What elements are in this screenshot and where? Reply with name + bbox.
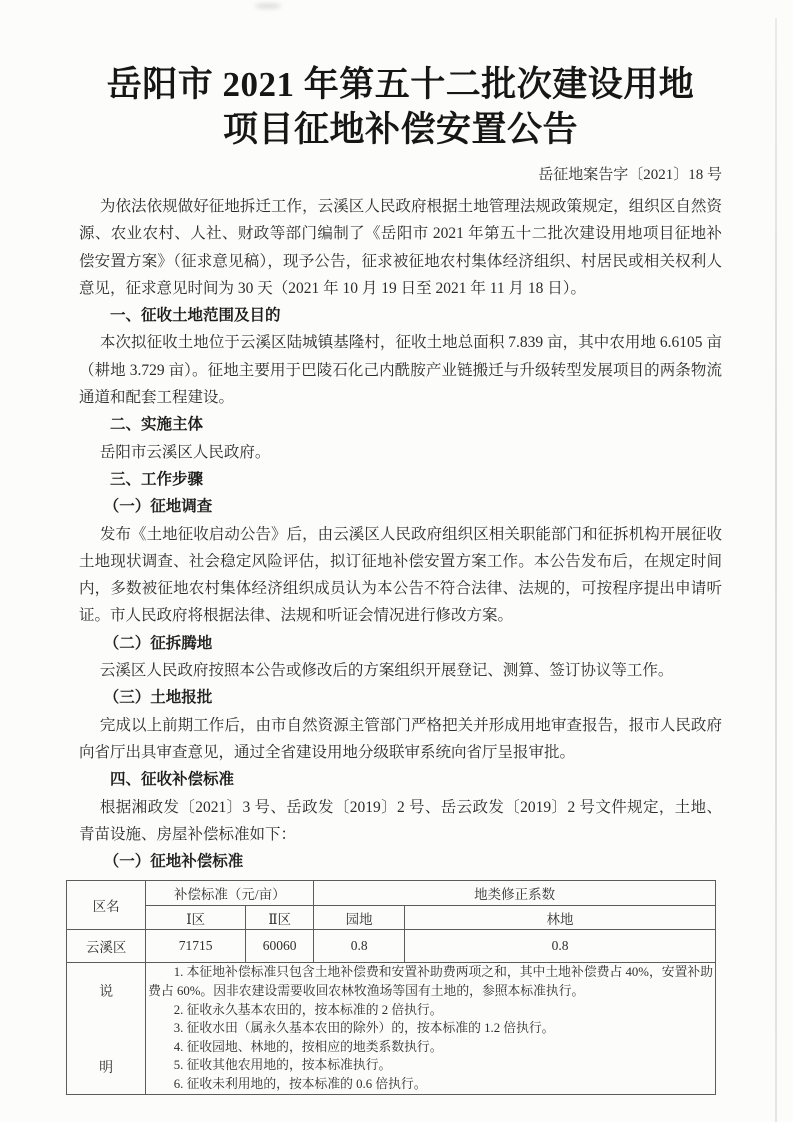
notes-label-top: 说	[99, 981, 113, 1001]
table-header-garden: 园地	[314, 906, 405, 930]
cell-region: 云溪区	[67, 930, 146, 963]
note-item-4: 4. 征收园地、林地的，按相应的地类系数执行。	[148, 1038, 713, 1057]
section3-sub3-paragraph: 完成以上前期工作后，由市自然资源主管部门严格把关并形成用地审查报告，报市人民政府…	[79, 712, 722, 767]
page-edge-shadow	[775, 18, 777, 1122]
section3-sub1-paragraph: 发布《土地征收启动公告》后，由云溪区人民政府组织区相关职能部门和征拆机构开展征收…	[79, 521, 722, 630]
document-title-line2: 项目征地补偿安置公告	[223, 110, 578, 149]
intro-paragraph: 为依法依规做好征地拆迁工作，云溪区人民政府根据土地管理法规政策规定，组织区自然资…	[79, 193, 722, 302]
cell-forest-coefficient: 0.8	[405, 930, 716, 963]
notes-label-cell: 说 明	[67, 963, 146, 1094]
table-header-zone1: Ⅰ区	[146, 906, 246, 930]
section2-heading: 二、实施主体	[79, 411, 722, 438]
table-header-row-2: Ⅰ区 Ⅱ区 园地 林地	[67, 906, 716, 930]
scan-artifact	[255, 3, 281, 9]
cell-garden-coefficient: 0.8	[314, 930, 405, 963]
table-header-region: 区名	[67, 881, 146, 930]
table-data-row: 云溪区 71715 60060 0.8 0.8	[67, 930, 716, 963]
table-header-zone2: Ⅱ区	[246, 906, 314, 930]
section2-paragraph: 岳阳市云溪区人民政府。	[79, 439, 722, 466]
notes-label-bottom: 明	[99, 1057, 113, 1077]
document-title: 岳阳市 2021 年第五十二批次建设用地项目征地补偿安置公告	[79, 62, 722, 152]
document-number: 岳征地案告字〔2021〕18 号	[79, 162, 722, 188]
note-item-5: 5. 征收其他农用地的，按本标准执行。	[148, 1056, 713, 1075]
notes-label: 说 明	[69, 981, 143, 1077]
section4-heading: 四、征收补偿标准	[79, 766, 722, 793]
note-item-3: 3. 征收水田（属永久基本农田的除外）的，按本标准的 1.2 倍执行。	[148, 1019, 713, 1038]
section1-heading: 一、征收土地范围及目的	[79, 302, 722, 329]
document-page: 岳阳市 2021 年第五十二批次建设用地项目征地补偿安置公告 岳征地案告字〔20…	[0, 0, 793, 1122]
notes-cell: 1. 本征地补偿标准只包含土地补偿费和安置补助费两项之和，其中土地补偿费占 40…	[146, 963, 716, 1094]
note-item-2: 2. 征收永久基本农田的，按本标准的 2 倍执行。	[148, 1001, 713, 1020]
document-title-line1: 岳阳市 2021 年第五十二批次建设用地	[107, 65, 695, 104]
compensation-standard-table: 区名 补偿标准（元/亩） 地类修正系数 Ⅰ区 Ⅱ区 园地 林地 云溪区 7171…	[66, 880, 716, 1094]
section3-sub2-paragraph: 云溪区人民政府按照本公告或修改后的方案组织开展登记、测算、签订协议等工作。	[79, 657, 722, 684]
document-content: 岳阳市 2021 年第五十二批次建设用地项目征地补偿安置公告 岳征地案告字〔20…	[79, 62, 722, 1095]
table-header-row-1: 区名 补偿标准（元/亩） 地类修正系数	[67, 881, 716, 906]
table-header-coefficient-group: 地类修正系数	[314, 881, 716, 906]
section4-sub1-heading: （一）征地补偿标准	[79, 848, 722, 875]
note-item-1: 1. 本征地补偿标准只包含土地补偿费和安置补助费两项之和，其中土地补偿费占 40…	[148, 963, 713, 1000]
section1-paragraph: 本次拟征收土地位于云溪区陆城镇基隆村，征收土地总面积 7.839 亩，其中农用地…	[79, 329, 722, 411]
note-item-6: 6. 征收未利用地的，按本标准的 0.6 倍执行。	[148, 1075, 713, 1094]
cell-zone2-value: 60060	[246, 930, 314, 963]
cell-zone1-value: 71715	[146, 930, 246, 963]
section3-sub1-heading: （一）征地调查	[79, 493, 722, 520]
table-header-forest: 林地	[405, 906, 716, 930]
section3-heading: 三、工作步骤	[79, 466, 722, 493]
table-header-standard-group: 补偿标准（元/亩）	[146, 881, 314, 906]
table-notes-row: 说 明 1. 本征地补偿标准只包含土地补偿费和安置补助费两项之和，其中土地补偿费…	[67, 963, 716, 1094]
section4-paragraph: 根据湘政发〔2021〕3 号、岳政发〔2019〕2 号、岳云政发〔2019〕2 …	[79, 794, 722, 849]
section3-sub2-heading: （二）征拆腾地	[79, 630, 722, 657]
section3-sub3-heading: （三）土地报批	[79, 684, 722, 711]
